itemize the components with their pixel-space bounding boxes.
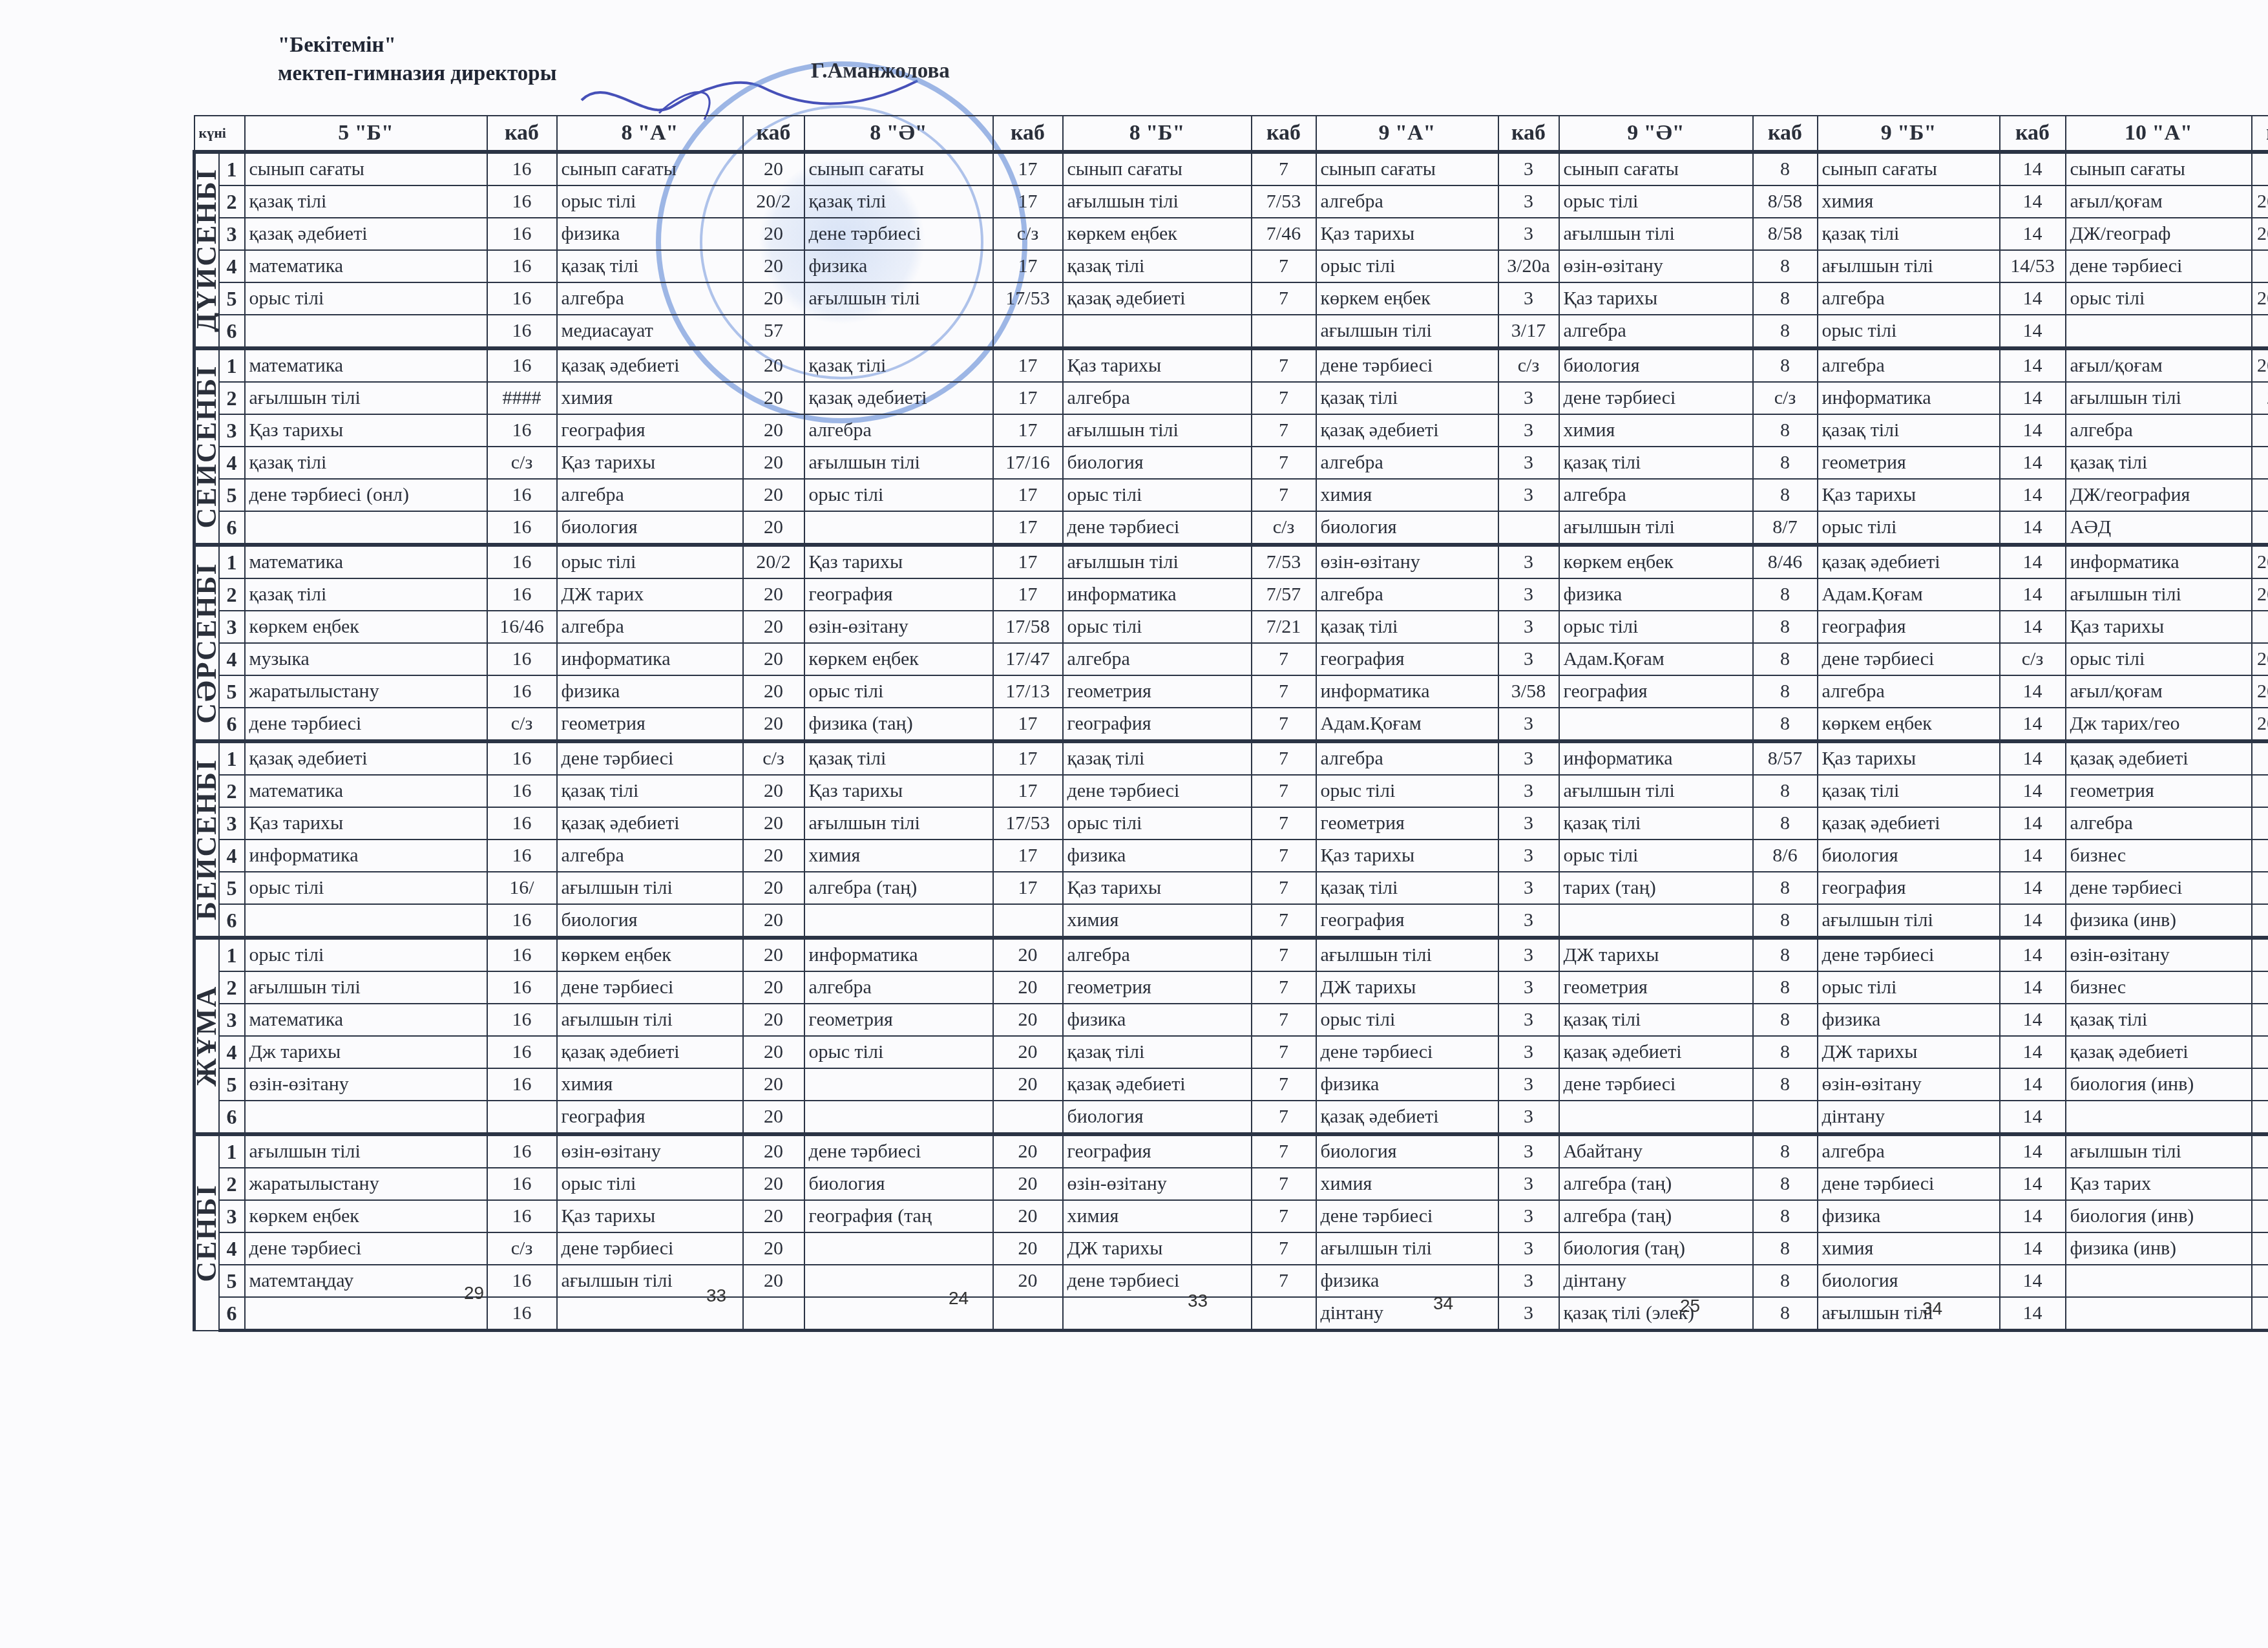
subject-cell: геометрия: [1818, 447, 2000, 479]
subject-cell: дене тәрбиесі: [1559, 1068, 1753, 1101]
subject-cell: биология: [1559, 348, 1753, 382]
room-cell: 8/46: [1753, 545, 1818, 578]
lesson-row: 3Қаз тарихы16география20алгебра17ағылшын…: [194, 414, 2268, 447]
subject-cell: қазақ әдебиеті: [1316, 414, 1498, 447]
subject-cell: ағылшын тілі: [1818, 250, 2000, 282]
room-cell: 7: [1252, 1068, 1316, 1101]
room-cell: 8/57: [1753, 741, 1818, 775]
subject-cell: қазақ әдебиеті: [245, 741, 487, 775]
room-cell: 20: [743, 250, 804, 282]
subject-cell: қазақ әдебиеті: [1559, 1036, 1753, 1068]
room-cell: с/з: [743, 741, 804, 775]
subject-cell: көркем еңбек: [245, 611, 487, 643]
subject-cell: алгебра: [1316, 578, 1498, 611]
subject-cell: дене тәрбиесі: [1316, 1200, 1498, 1232]
room-cell: 17/58: [993, 611, 1063, 643]
room-cell: 20а: [2252, 1068, 2268, 1101]
subject-cell: информатика: [1316, 675, 1498, 708]
room-cell: 14: [2000, 1168, 2066, 1200]
room-cell: 3: [1498, 807, 1559, 840]
subject-cell: бизнес: [2066, 840, 2252, 872]
subject-cell: ДЖ тарихы: [1559, 938, 1753, 971]
room-cell: 17: [993, 414, 1063, 447]
room-cell: 3/20а: [1498, 250, 1559, 282]
subject-cell: қазақ тілі: [1818, 218, 2000, 250]
subject-cell: қазақ әдебиеті: [1063, 1068, 1252, 1101]
room-cell: 16: [487, 1200, 557, 1232]
room-cell: 20а/48: [2252, 348, 2268, 382]
room-cell: 20а: [2252, 938, 2268, 971]
subject-cell: қазақ тілі: [2066, 447, 2252, 479]
subject-cell: қазақ тілі: [1316, 382, 1498, 414]
room-cell: 16: [487, 348, 557, 382]
subject-cell: қазақ тілі: [1316, 872, 1498, 904]
room-cell: ####: [487, 382, 557, 414]
subject-cell: география: [557, 414, 743, 447]
lesson-number: 4: [219, 1232, 245, 1265]
room-cell: 14: [2000, 840, 2066, 872]
subject-cell: биология: [804, 1168, 993, 1200]
subject-cell: қазақ тілі: [1818, 775, 2000, 807]
lesson-row: СЕЙСЕНБІ1математика16қазақ әдебиеті20қаз…: [194, 348, 2268, 382]
subject-cell: ағылшын тілі: [1559, 511, 1753, 545]
room-cell: 14: [2000, 675, 2066, 708]
room-cell: 16: [487, 218, 557, 250]
subject-cell: биология: [1063, 447, 1252, 479]
room-cell: 14: [2000, 282, 2066, 315]
subject-cell: орыс тілі: [804, 675, 993, 708]
subject-cell: физика (инв): [2066, 1232, 2252, 1265]
room-cell: 3: [1498, 1232, 1559, 1265]
subject-cell: сынып сағаты: [1559, 152, 1753, 185]
room-cell: 20: [743, 1200, 804, 1232]
class-header: 8 "А": [557, 116, 743, 152]
subject-cell: орыс тілі: [1818, 971, 2000, 1004]
subject-cell: сынып сағаты: [557, 152, 743, 185]
subject-cell: дене тәрбиесі: [1063, 511, 1252, 545]
room-cell: 20: [743, 1134, 804, 1168]
subject-cell: [804, 511, 993, 545]
room-cell: 20а/48: [2252, 218, 2268, 250]
subject-cell: ДЖ тарихы: [1316, 971, 1498, 1004]
room-header: каб: [487, 116, 557, 152]
subject-cell: Адам.Қоғам: [1559, 643, 1753, 675]
subject-cell: Қаз тарихы: [1559, 282, 1753, 315]
timetable: күні 5 "Б"каб8 "А"каб8 "Ә"каб8 "Б"каб9 "…: [193, 115, 2268, 1332]
subject-cell: орыс тілі: [804, 479, 993, 511]
subject-cell: география: [804, 578, 993, 611]
room-cell: 7: [1252, 807, 1316, 840]
room-cell: 14: [2000, 1134, 2066, 1168]
room-cell: 3: [1498, 741, 1559, 775]
room-cell: 14: [2000, 578, 2066, 611]
subject-cell: қазақ тілі: [804, 348, 993, 382]
room-header: каб: [743, 116, 804, 152]
day-column-header: күні: [194, 116, 245, 152]
subject-cell: алгебра (таң): [1559, 1168, 1753, 1200]
room-header: каб: [2252, 116, 2268, 152]
lesson-row: 616медиасауат57ағылшын тілі3/17алгебра8о…: [194, 315, 2268, 348]
subject-cell: ағылшын тілі: [1559, 218, 1753, 250]
room-cell: 7: [1252, 1036, 1316, 1068]
subject-cell: ағылшын тілі: [1063, 545, 1252, 578]
lesson-row: 3көркем еңбек16Қаз тарихы20география (та…: [194, 1200, 2268, 1232]
room-cell: 3: [1498, 1004, 1559, 1036]
room-cell: 16: [487, 938, 557, 971]
subject-cell: Қаз тарихы: [557, 447, 743, 479]
total-value: 24: [949, 1288, 969, 1309]
subject-cell: орыс тілі: [1559, 611, 1753, 643]
subject-cell: информатика: [1818, 382, 2000, 414]
subject-cell: дене тәрбиесі: [1559, 382, 1753, 414]
room-cell: 8: [1753, 578, 1818, 611]
room-cell: 20а: [2252, 775, 2268, 807]
weekly-hour-totals: 29332433342534: [0, 1283, 2268, 1309]
room-cell: 8: [1753, 938, 1818, 971]
room-cell: 3: [1498, 578, 1559, 611]
subject-cell: Дж тарихы: [245, 1036, 487, 1068]
room-cell: 3: [1498, 1101, 1559, 1134]
subject-cell: физика: [1316, 1068, 1498, 1101]
lesson-number: 2: [219, 578, 245, 611]
lesson-row: 2қазақ тілі16орыс тілі20/2қазақ тілі17ағ…: [194, 185, 2268, 218]
room-cell: 8: [1753, 479, 1818, 511]
lesson-number: 3: [219, 611, 245, 643]
room-cell: 20а/18: [2252, 282, 2268, 315]
room-cell: 7/21: [1252, 611, 1316, 643]
lesson-row: 3көркем еңбек16/46алгебра20өзін-өзітану1…: [194, 611, 2268, 643]
room-cell: 7: [1252, 1101, 1316, 1134]
room-cell: 17: [993, 775, 1063, 807]
subject-cell: қазақ әдебиеті: [804, 382, 993, 414]
room-cell: 20а/48: [2252, 185, 2268, 218]
room-cell: 20: [743, 872, 804, 904]
total-value: 34: [1922, 1298, 1942, 1319]
room-cell: 14: [2000, 545, 2066, 578]
room-cell: 3: [1498, 218, 1559, 250]
subject-cell: қазақ әдебиеті: [1063, 282, 1252, 315]
room-cell: 20а: [2252, 447, 2268, 479]
subject-cell: Абайтану: [1559, 1134, 1753, 1168]
room-cell: 8: [1753, 1200, 1818, 1232]
subject-cell: информатика: [1063, 578, 1252, 611]
room-cell: 3: [1498, 1200, 1559, 1232]
room-cell: 16/: [487, 872, 557, 904]
lesson-row: 2математика16қазақ тілі20Қаз тарихы17ден…: [194, 775, 2268, 807]
room-cell: 14: [2000, 938, 2066, 971]
subject-cell: география: [1063, 708, 1252, 741]
subject-cell: ағылшын тілі: [1559, 775, 1753, 807]
subject-cell: ДЖ/географ: [2066, 218, 2252, 250]
subject-cell: химия: [1818, 1232, 2000, 1265]
room-cell: 14: [2000, 185, 2066, 218]
lesson-number: 6: [219, 511, 245, 545]
subject-cell: алгебра: [1316, 447, 1498, 479]
room-cell: [487, 1101, 557, 1134]
room-cell: 3: [1498, 1134, 1559, 1168]
room-cell: 8: [1753, 807, 1818, 840]
day-name: ДҮЙСЕНБІ: [194, 152, 219, 348]
subject-cell: биология: [1316, 1134, 1498, 1168]
subject-cell: геометрия: [1063, 971, 1252, 1004]
subject-cell: биология (инв): [2066, 1068, 2252, 1101]
room-cell: 7/53: [1252, 545, 1316, 578]
day-label: ЖҰМА: [194, 986, 219, 1087]
room-cell: 16: [487, 741, 557, 775]
subject-cell: алгебра: [1316, 185, 1498, 218]
room-cell: 7: [1252, 775, 1316, 807]
room-cell: 20а: [2252, 479, 2268, 511]
subject-cell: алгебра: [557, 479, 743, 511]
subject-cell: алгебра: [1063, 643, 1252, 675]
room-cell: 16: [487, 840, 557, 872]
subject-cell: [1063, 315, 1252, 348]
room-cell: 3: [1498, 1036, 1559, 1068]
subject-cell: қазақ әдебиеті: [1316, 1101, 1498, 1134]
subject-cell: алгебра: [804, 414, 993, 447]
lesson-row: 6дене тәрбиесіс/згеометрия20физика (таң)…: [194, 708, 2268, 741]
room-cell: 20а: [2252, 315, 2268, 348]
lesson-number: 1: [219, 938, 245, 971]
room-cell: 7: [1252, 1004, 1316, 1036]
room-header: каб: [993, 116, 1063, 152]
room-cell: 3: [1498, 611, 1559, 643]
room-cell: 20: [993, 1232, 1063, 1265]
subject-cell: ағыл/қоғам: [2066, 348, 2252, 382]
lesson-row: 2ағылшын тілі16дене тәрбиесі20алгебра20г…: [194, 971, 2268, 1004]
room-cell: с/з: [2000, 643, 2066, 675]
subject-cell: [2066, 315, 2252, 348]
subject-cell: [245, 1101, 487, 1134]
room-cell: 14: [2000, 971, 2066, 1004]
room-cell: с/з: [1252, 511, 1316, 545]
room-cell: 20: [743, 643, 804, 675]
room-cell: 17: [993, 545, 1063, 578]
subject-cell: қазақ тілі: [1559, 807, 1753, 840]
room-cell: 14: [2000, 1232, 2066, 1265]
room-cell: 20: [993, 938, 1063, 971]
day-name: СЕЙСЕНБІ: [194, 348, 219, 545]
subject-cell: ағылшын тілі: [804, 282, 993, 315]
subject-cell: химия: [1063, 904, 1252, 938]
subject-cell: Қаз тарихы: [557, 1200, 743, 1232]
room-cell: 3: [1498, 382, 1559, 414]
subject-cell: дене тәрбиесі: [1818, 1168, 2000, 1200]
subject-cell: биология (таң): [1559, 1232, 1753, 1265]
day-label: СЕНБІ: [194, 1184, 219, 1282]
room-cell: 20: [743, 152, 804, 185]
subject-cell: дене тәрбиесі: [2066, 250, 2252, 282]
lesson-number: 4: [219, 250, 245, 282]
room-cell: 20а/53: [2252, 578, 2268, 611]
lesson-row: ДҮЙСЕНБІ1сынып сағаты16сынып сағаты20сын…: [194, 152, 2268, 185]
subject-cell: Қаз тарихы: [1063, 348, 1252, 382]
room-cell: 20: [743, 382, 804, 414]
subject-cell: [1559, 708, 1753, 741]
room-cell: 17: [993, 382, 1063, 414]
room-cell: 20а/58: [2252, 545, 2268, 578]
subject-cell: ағылшын тілі: [1316, 315, 1498, 348]
room-cell: 17: [993, 152, 1063, 185]
room-cell: 17/16: [993, 447, 1063, 479]
subject-cell: физика: [1818, 1004, 2000, 1036]
subject-cell: алгебра: [804, 971, 993, 1004]
subject-cell: АӘД: [2066, 511, 2252, 545]
room-header: каб: [1252, 116, 1316, 152]
subject-cell: орыс тілі: [1559, 840, 1753, 872]
subject-cell: ағылшын тілі: [804, 447, 993, 479]
room-cell: 8: [1753, 1134, 1818, 1168]
subject-cell: химия: [1316, 1168, 1498, 1200]
room-cell: 57: [743, 315, 804, 348]
subject-cell: алгебра (таң): [1559, 1200, 1753, 1232]
subject-cell: қазақ әдебиеті: [1818, 545, 2000, 578]
room-cell: 20а: [2252, 872, 2268, 904]
subject-cell: көркем еңбек: [1559, 545, 1753, 578]
subject-cell: геометрия: [804, 1004, 993, 1036]
subject-cell: қазақ тілі: [1063, 250, 1252, 282]
room-cell: 8: [1753, 675, 1818, 708]
subject-cell: физика: [804, 250, 993, 282]
subject-cell: орыс тілі: [1316, 250, 1498, 282]
room-cell: 14: [2000, 1068, 2066, 1101]
room-cell: 14: [2000, 479, 2066, 511]
subject-cell: химия: [804, 840, 993, 872]
room-cell: 14: [2000, 1200, 2066, 1232]
subject-cell: Қаз тарихы: [1818, 741, 2000, 775]
lesson-number: 1: [219, 741, 245, 775]
room-cell: 7: [1252, 643, 1316, 675]
lesson-row: 2қазақ тілі16ДЖ тарих20география17информ…: [194, 578, 2268, 611]
lesson-number: 3: [219, 807, 245, 840]
room-cell: 20: [743, 708, 804, 741]
subject-cell: алгебра: [2066, 807, 2252, 840]
subject-cell: дене тәрбиесі: [245, 1232, 487, 1265]
room-cell: 17: [993, 578, 1063, 611]
room-cell: 7: [1252, 250, 1316, 282]
lesson-number: 2: [219, 1168, 245, 1200]
room-cell: 7: [1252, 840, 1316, 872]
room-cell: 17: [993, 185, 1063, 218]
subject-cell: Қаз тарихы: [245, 414, 487, 447]
subject-cell: жаратылыстану: [245, 675, 487, 708]
room-cell: 8: [1753, 904, 1818, 938]
subject-cell: ағылшын тілі: [804, 807, 993, 840]
room-cell: 8: [1753, 1004, 1818, 1036]
room-cell: 8: [1753, 1232, 1818, 1265]
subject-cell: алгебра: [1559, 315, 1753, 348]
room-cell: 20: [993, 1068, 1063, 1101]
room-cell: 17: [993, 872, 1063, 904]
room-cell: 7: [1252, 675, 1316, 708]
subject-cell: алгебра: [1316, 741, 1498, 775]
room-cell: 16: [487, 315, 557, 348]
subject-cell: физика: [557, 218, 743, 250]
total-value: 33: [706, 1285, 726, 1306]
lesson-number: 1: [219, 348, 245, 382]
subject-cell: орыс тілі: [1818, 511, 2000, 545]
room-cell: 8: [1753, 348, 1818, 382]
room-cell: 20: [743, 511, 804, 545]
subject-cell: өзін-өзітану: [1559, 250, 1753, 282]
subject-cell: география: [557, 1101, 743, 1134]
class-header: 9 "А": [1316, 116, 1498, 152]
subject-cell: қазақ тілі: [1559, 1004, 1753, 1036]
subject-cell: дене тәрбиесі: [804, 1134, 993, 1168]
subject-cell: алгебра: [1559, 479, 1753, 511]
room-cell: 20: [993, 1036, 1063, 1068]
lesson-number: 1: [219, 545, 245, 578]
subject-cell: алгебра: [1063, 938, 1252, 971]
room-cell: 14: [2000, 611, 2066, 643]
subject-cell: география: [1818, 872, 2000, 904]
lesson-number: 4: [219, 643, 245, 675]
subject-cell: орыс тілі: [1063, 479, 1252, 511]
day-label: БЕЙСЕНБІ: [194, 759, 219, 920]
room-cell: 20: [993, 1200, 1063, 1232]
class-header: 10 "А": [2066, 116, 2252, 152]
room-cell: 7/57: [1252, 578, 1316, 611]
room-cell: 20: [743, 479, 804, 511]
subject-cell: қазақ әдебиеті: [557, 348, 743, 382]
room-cell: 20а/48: [2252, 708, 2268, 741]
lesson-row: СӘРСЕНБІ1математика16орыс тілі20/2Қаз та…: [194, 545, 2268, 578]
room-cell: 20: [743, 1168, 804, 1200]
room-cell: 16: [487, 1004, 557, 1036]
room-cell: 16: [487, 1036, 557, 1068]
subject-cell: сынып сағаты: [804, 152, 993, 185]
lesson-row: 5жаратылыстану16физика20орыс тілі17/13ге…: [194, 675, 2268, 708]
room-cell: 20: [993, 1004, 1063, 1036]
room-cell: 14: [2000, 348, 2066, 382]
subject-cell: [804, 1068, 993, 1101]
day-label: СӘРСЕНБІ: [194, 562, 219, 723]
room-cell: 17: [993, 348, 1063, 382]
subject-cell: орыс тілі: [1559, 185, 1753, 218]
room-cell: 20: [743, 904, 804, 938]
subject-cell: Қаз тарихы: [1316, 218, 1498, 250]
room-cell: 20а: [2252, 904, 2268, 938]
room-cell: 20: [993, 971, 1063, 1004]
room-cell: 20: [743, 775, 804, 807]
subject-cell: математика: [245, 545, 487, 578]
subject-cell: өзін-өзітану: [1063, 1168, 1252, 1200]
room-header: каб: [1753, 116, 1818, 152]
subject-cell: қазақ тілі: [804, 185, 993, 218]
day-name: ЖҰМА: [194, 938, 219, 1134]
lesson-row: 3қазақ әдебиеті16физика20дене тәрбиесіс/…: [194, 218, 2268, 250]
subject-cell: сынып сағаты: [1063, 152, 1252, 185]
room-cell: 7/53: [1252, 185, 1316, 218]
subject-cell: дене тәрбиесі: [557, 1232, 743, 1265]
room-cell: 3: [1498, 775, 1559, 807]
subject-cell: геометрия: [2066, 775, 2252, 807]
room-cell: 16: [487, 807, 557, 840]
subject-cell: ағылшын тілі: [245, 971, 487, 1004]
lesson-number: 5: [219, 1068, 245, 1101]
subject-cell: ағылшын тілі: [2066, 578, 2252, 611]
room-cell: 8: [1753, 1168, 1818, 1200]
subject-cell: физика: [1063, 1004, 1252, 1036]
subject-cell: орыс тілі: [557, 185, 743, 218]
room-cell: 7/46: [1252, 218, 1316, 250]
room-cell: 20а: [2252, 971, 2268, 1004]
day-name: СӘРСЕНБІ: [194, 545, 219, 741]
room-cell: 17: [993, 708, 1063, 741]
room-cell: 16: [487, 1168, 557, 1200]
subject-cell: ағылшын тілі: [1818, 904, 2000, 938]
room-cell: 7: [1252, 447, 1316, 479]
